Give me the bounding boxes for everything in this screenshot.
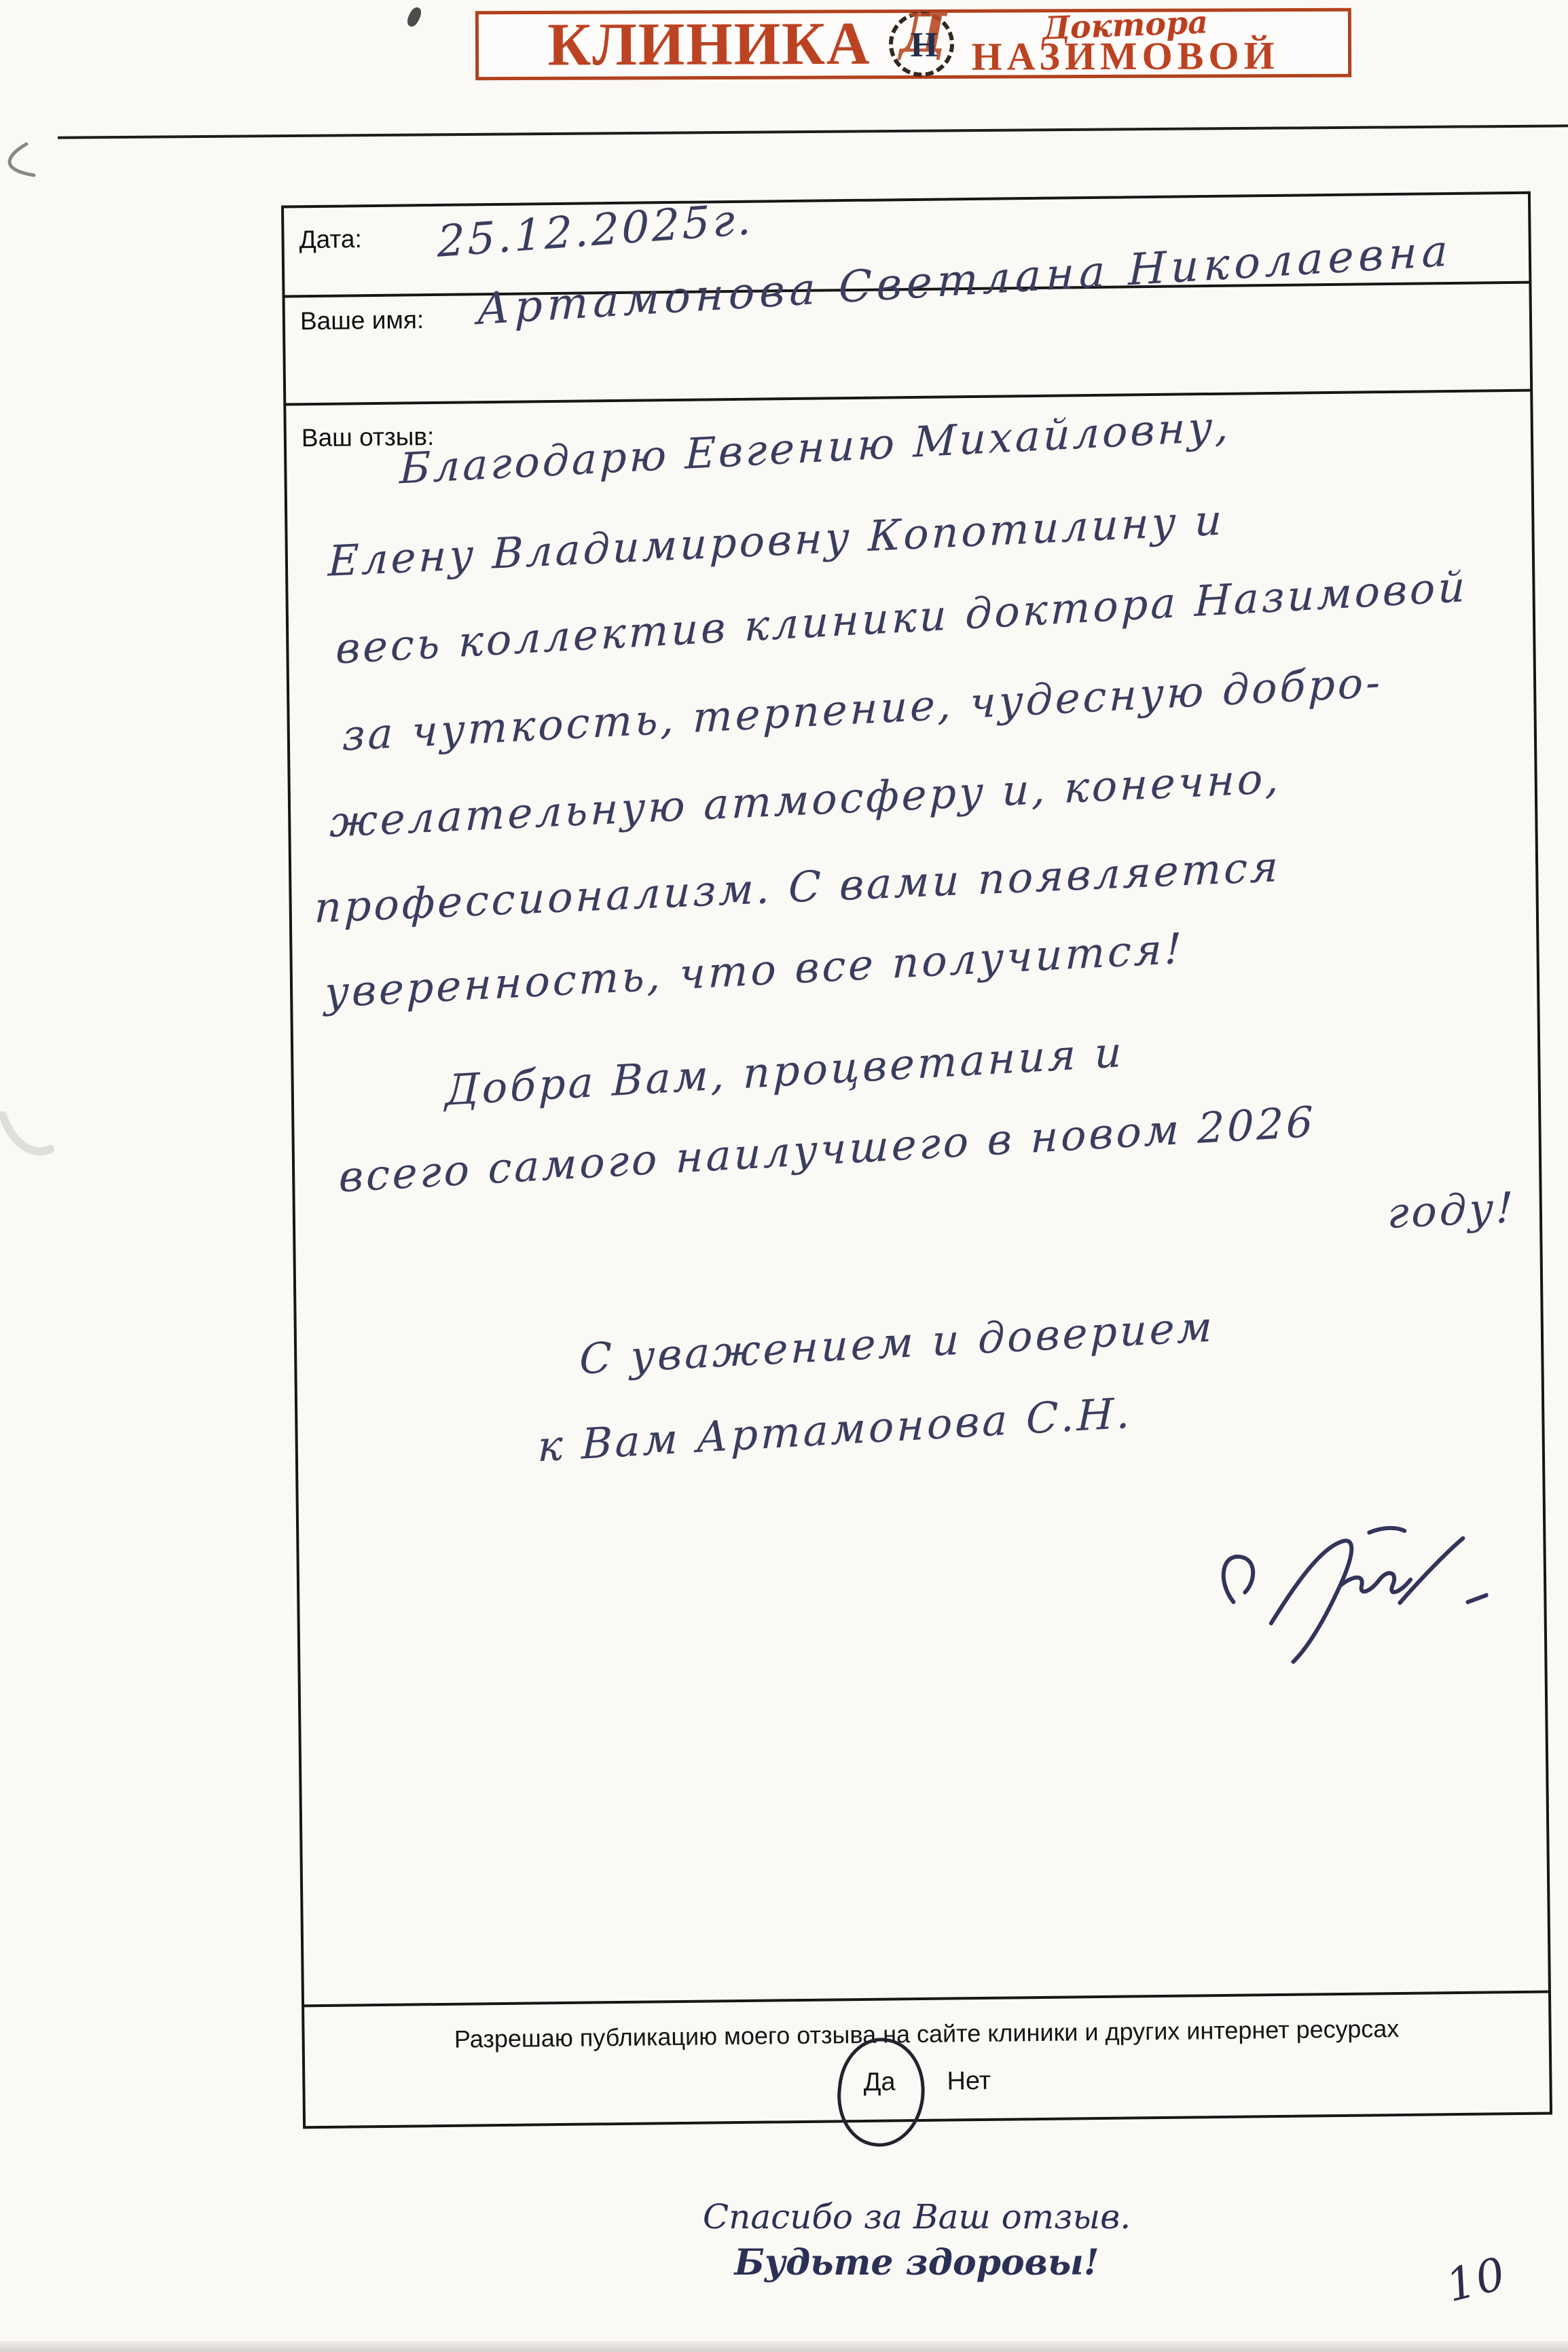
clinic-brand-stack: Доктора НАЗИМОВОЙ: [971, 9, 1279, 77]
date-label: Дата:: [299, 225, 362, 254]
consent-option-yes: Да: [863, 2067, 895, 2097]
review-line: всего самого наилучшего в новом 2026: [339, 1099, 1316, 1201]
feedback-form-box: Дата: 25.12.2025г. Ваше имя: Артамонова …: [281, 192, 1552, 2129]
emblem-letter-n: Н: [910, 28, 938, 63]
consent-option-no: Нет: [947, 2067, 991, 2097]
review-line: профессионализм. С вами появляется: [314, 844, 1281, 931]
footer-thanks-text: Спасибо за Ваш отзыв.: [292, 2197, 1542, 2237]
name-label: Ваше имя:: [300, 306, 424, 336]
review-line: желательную атмосферу и, конечно,: [329, 755, 1282, 846]
signature-scribble: [1168, 1519, 1489, 1669]
row-divider-name: [285, 389, 1531, 406]
consent-divider: [303, 1991, 1550, 2008]
review-line: весь коллектив клиники доктора Назимовой: [335, 564, 1468, 672]
scan-speck: [405, 5, 423, 29]
brand-script-text: Доктора: [1042, 6, 1209, 43]
top-rule: [58, 124, 1568, 139]
pen-mark-top-left: [0, 140, 43, 182]
footer: Спасибо за Ваш отзыв. Будьте здоровы!: [292, 2197, 1542, 2283]
review-line: году!: [1387, 1184, 1516, 1237]
clinic-brand-text: КЛИНИКА: [547, 14, 871, 75]
review-line: к Вам Артамонова С.Н.: [537, 1390, 1133, 1470]
smudge-left-edge: [0, 1107, 54, 1175]
yes-circled-mark: [832, 2033, 930, 2151]
review-line: Елену Владимировну Копотилину и: [327, 497, 1224, 585]
clinic-logo-box: КЛИНИКА Д Н Доктора НАЗИМОВОЙ: [475, 8, 1351, 81]
consent-options: Да Нет: [305, 2061, 1549, 2104]
review-line: Благодарю Евгению Михайловну,: [399, 403, 1232, 492]
clinic-emblem-icon: Д Н: [888, 12, 953, 77]
review-line: Добра Вам, процветания и: [445, 1029, 1125, 1114]
consent-statement: Разрешаю публикацию моего отзыва на сайт…: [304, 2013, 1548, 2056]
footer-wish-text: Будьте здоровы!: [292, 2242, 1542, 2283]
date-value-handwriting: 25.12.2025г.: [437, 196, 754, 266]
review-line: С уважением и доверием: [579, 1303, 1216, 1383]
bottom-scan-band: [0, 2341, 1568, 2352]
review-line: уверенность, что все получится!: [325, 926, 1185, 1017]
review-line: за чуткость, терпение, чудесную добро-: [342, 659, 1383, 759]
